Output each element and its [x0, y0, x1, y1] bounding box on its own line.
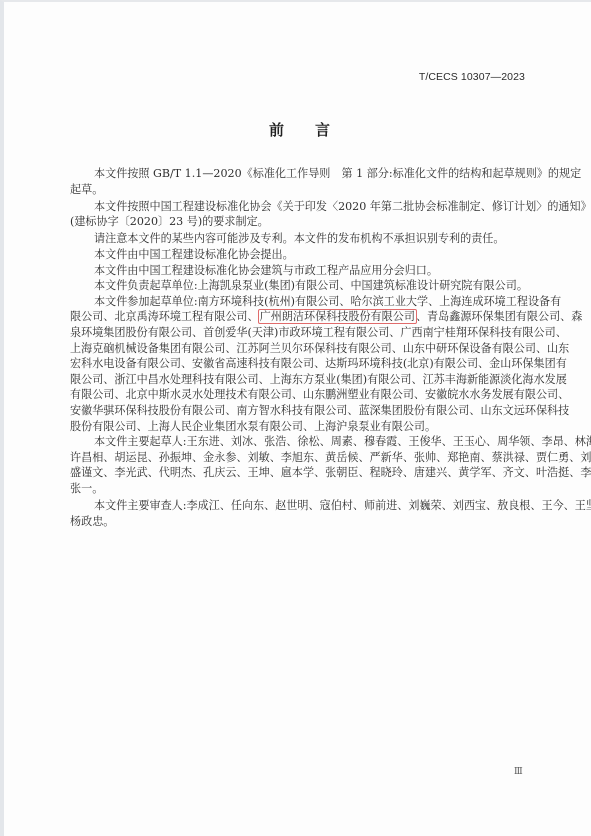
text-line: 本文件由中国工程建设标准化协会建筑与市政工程产品应用分会归口。 [70, 263, 532, 279]
text-line: 起草。 [70, 182, 532, 198]
text-line: 泉环境集团股份有限公司、首创爱华(天津)市政环境工程有限公司、广西南宁桂翔环保科… [70, 325, 532, 341]
paragraph-main-reviewers: 本文件主要审查人:李成江、任向东、赵世明、寇伯村、师前进、刘巍荣、刘西宝、敖良根… [70, 498, 532, 529]
text-line: 请注意本文件的某些内容可能涉及专利。本文件的发布机构不承担识别专利的责任。 [70, 231, 532, 247]
text-line: 安徽华骐环保科技股份有限公司、南方智水科技有限公司、蓝深集团股份有限公司、山东文… [70, 403, 532, 419]
text-line: 本文件主要起草人:王东进、刘冰、张浩、徐松、周素、穆春霞、王俊华、王玉心、周华领… [70, 434, 532, 450]
paragraph-plan-notice: 本文件按照中国工程建设标准化协会《关于印发〈2020 年第二批协会标准制定、修订… [70, 199, 532, 230]
paragraph-main-drafters: 本文件主要起草人:王东进、刘冰、张浩、徐松、周素、穆春霞、王俊华、王玉心、周华领… [70, 434, 532, 496]
text-line: 股份有限公司、上海人民企业集团水泵有限公司、上海沪泉泵业有限公司。 [70, 419, 532, 435]
text-line: 本文件由中国工程建设标准化协会提出。 [70, 247, 532, 263]
text-line: 本文件按照 GB/T 1.1—2020《标准化工作导则 第 1 部分:标准化文件… [70, 166, 532, 182]
paragraph-drafting-rules: 本文件按照 GB/T 1.1—2020《标准化工作导则 第 1 部分:标准化文件… [70, 166, 532, 197]
paragraph-administrator: 本文件由中国工程建设标准化协会建筑与市政工程产品应用分会归口。 [70, 263, 532, 279]
paragraph-patent-notice: 请注意本文件的某些内容可能涉及专利。本文件的发布机构不承担识别专利的责任。 [70, 231, 532, 247]
text-line: 本文件主要审查人:李成江、任向东、赵世明、寇伯村、师前进、刘巍荣、刘西宝、敖良根… [70, 498, 532, 514]
page-title: 前言 [4, 119, 591, 140]
text-line: 杨政忠。 [70, 514, 532, 530]
text-line: 限公司、浙江中昌水处理科技有限公司、上海东方泵业(集团)有限公司、江苏丰海新能源… [70, 372, 532, 388]
text-segment: 、青岛鑫源环保集团有限公司、森 [416, 310, 582, 323]
text-line: 许昌相、胡运昆、孙振坤、金永参、刘敏、李旭东、黄岳候、严新华、张帅、郑艳南、蔡洪… [70, 450, 532, 466]
page-number: Ⅲ [514, 767, 523, 777]
document-page: T/CECS 10307—2023 前言 本文件按照 GB/T 1.1—2020… [0, 0, 591, 836]
foreword-body: 本文件按照 GB/T 1.1—2020《标准化工作导则 第 1 部分:标准化文件… [70, 166, 532, 529]
text-line: (建标协字〔2020〕23 号)的要求制定。 [70, 214, 532, 230]
text-segment: 限公司、北京禹涛环境工程有限公司、 [70, 310, 259, 323]
title-char-2: 言 [315, 119, 330, 140]
text-line: 本文件按照中国工程建设标准化协会《关于印发〈2020 年第二批协会标准制定、修订… [70, 199, 532, 215]
paragraph-chief-drafting-units: 本文件负责起草单位:上海凯泉泵业(集团)有限公司、中国建筑标准设计研究院有限公司… [70, 278, 532, 294]
highlighted-company: 广州朗洁环保科技股份有限公司 [259, 310, 416, 323]
paragraph-participating-units: 本文件参加起草单位:南方环境科技(杭州)有限公司、哈尔滨工业大学、上海连成环境工… [70, 294, 532, 434]
text-line: 张一。 [70, 481, 532, 497]
paragraph-proposer: 本文件由中国工程建设标准化协会提出。 [70, 247, 532, 263]
text-line: 宏科水电设备有限公司、安徽省高速科技有限公司、达斯玛环境科技(北京)有限公司、金… [70, 356, 532, 372]
title-char-1: 前 [269, 119, 284, 140]
text-line: 有限公司、北京中斯水灵水处理技术有限公司、山东鹏洲塑业有限公司、安徽皖水水务发展… [70, 387, 532, 403]
text-line: 本文件负责起草单位:上海凯泉泵业(集团)有限公司、中国建筑标准设计研究院有限公司… [70, 278, 532, 294]
text-line: 上海克硇机械设备集团有限公司、江苏阿兰贝尔环保科技有限公司、山东中研环保设备有限… [70, 341, 532, 357]
text-line: 本文件参加起草单位:南方环境科技(杭州)有限公司、哈尔滨工业大学、上海连成环境工… [70, 294, 532, 310]
standard-code: T/CECS 10307—2023 [419, 71, 525, 83]
text-line: 限公司、北京禹涛环境工程有限公司、广州朗洁环保科技股份有限公司、青岛鑫源环保集团… [70, 309, 532, 325]
text-line: 盛谨文、李光武、代明杰、孔庆云、王坤、扈本学、张朝臣、程晓玲、唐建兴、黄学军、齐… [70, 465, 532, 481]
